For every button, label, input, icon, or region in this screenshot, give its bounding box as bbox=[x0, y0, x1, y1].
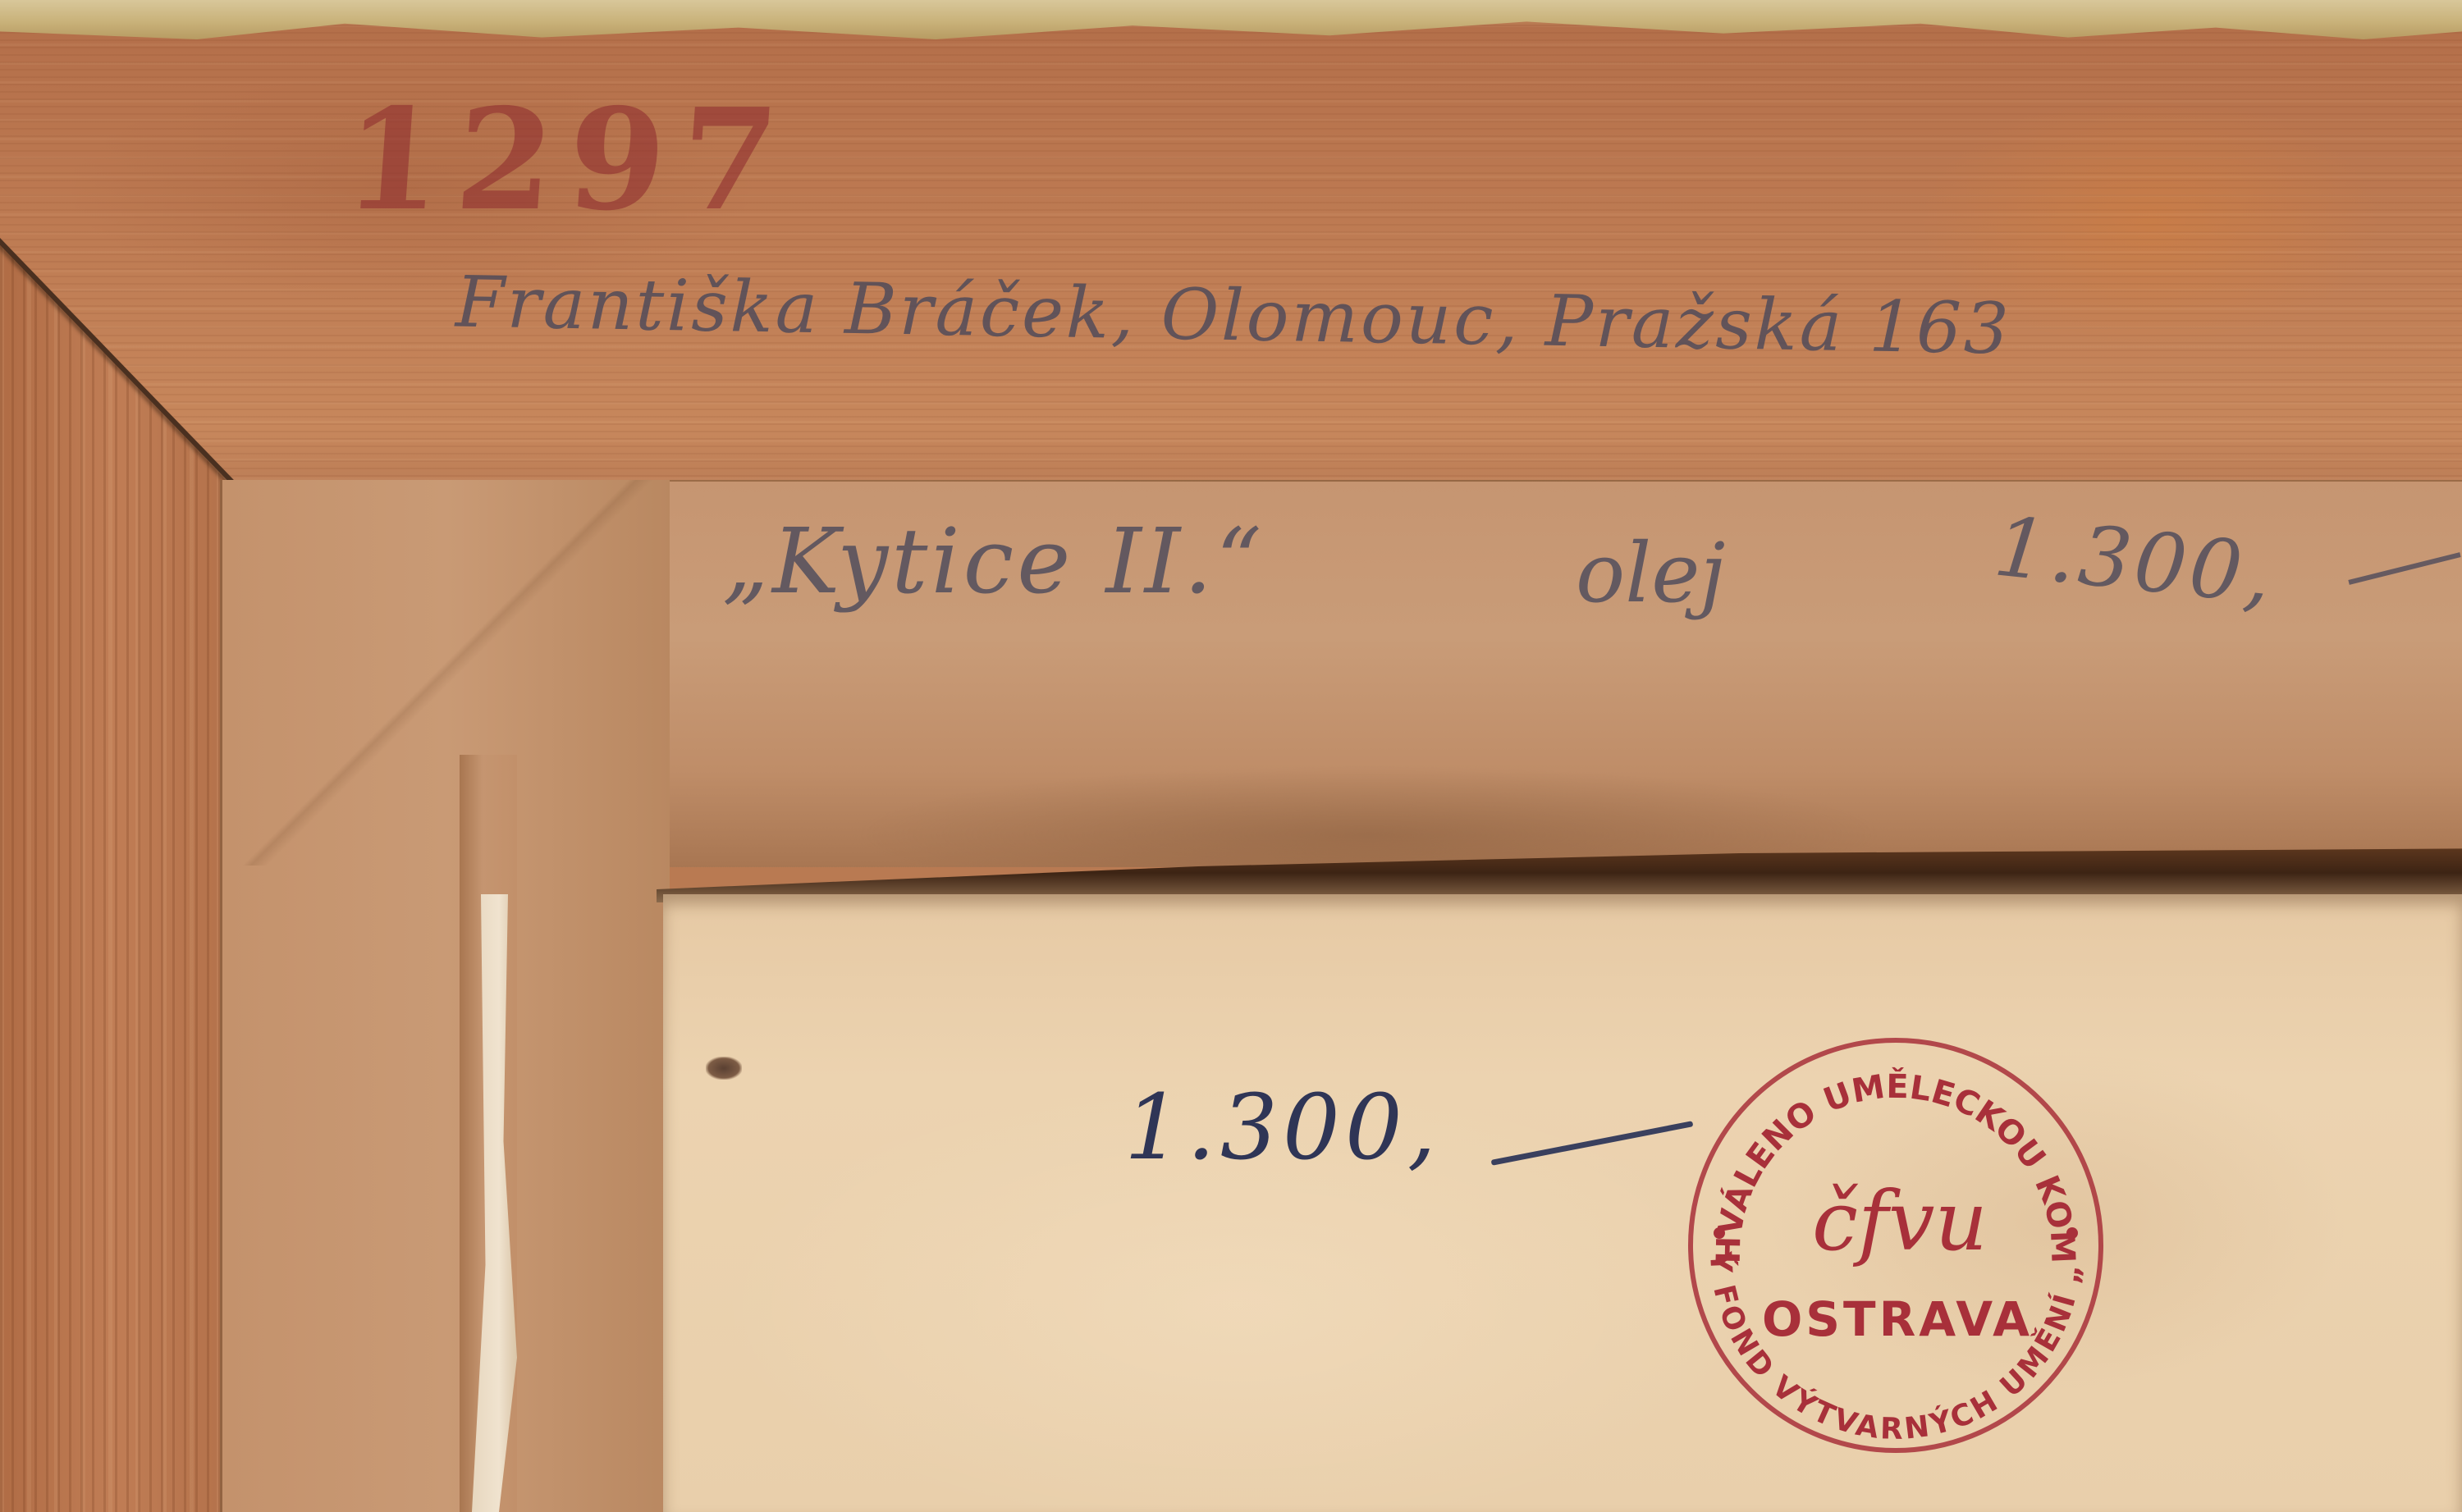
red-crayon-inventory-number: 1297 bbox=[339, 78, 798, 242]
backing-paper bbox=[663, 894, 2462, 1512]
tape-corner-crease bbox=[220, 480, 667, 866]
stamp-dot-right bbox=[2066, 1227, 2078, 1239]
stamp-city: OSTRAVA bbox=[1762, 1291, 2033, 1347]
ink-price: 1.300, bbox=[1124, 1075, 1441, 1180]
stamp-graphic: SCHVÁLENO UMĚLECKOU KOMISÍ ČESKÝ FOND VÝ… bbox=[1682, 1032, 2109, 1459]
stamp-monogram: čfvu bbox=[1812, 1173, 1988, 1269]
approval-stamp: SCHVÁLENO UMĚLECKOU KOMISÍ ČESKÝ FOND VÝ… bbox=[1682, 1032, 2109, 1459]
nail-head bbox=[706, 1057, 742, 1080]
pencil-medium-label: olej bbox=[1576, 525, 1725, 621]
stamp-dot-left bbox=[1714, 1227, 1725, 1239]
pencil-artwork-title: „Kytice II.“ bbox=[722, 509, 1265, 614]
